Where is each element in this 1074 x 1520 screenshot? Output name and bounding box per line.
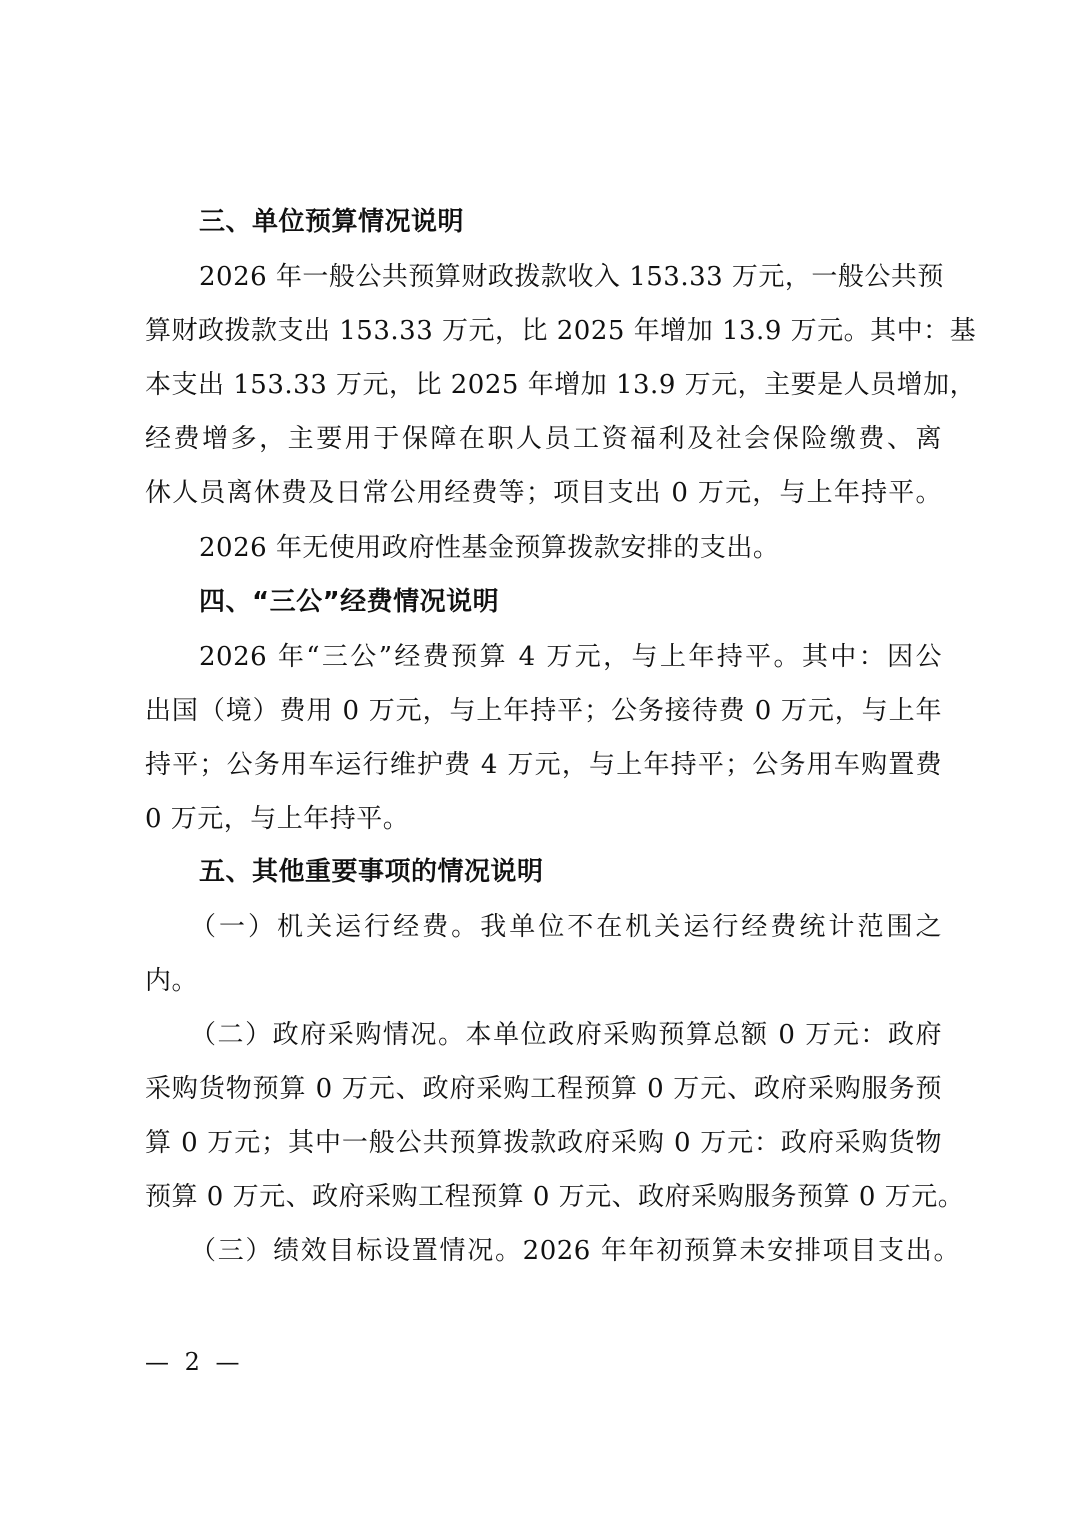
section-heading-other-matters: 五、其他重要事项的情况说明 (199, 856, 544, 888)
paragraph-line: 采购货物预算 0 万元、政府采购工程预算 0 万元、政府采购服务预 (145, 1073, 942, 1105)
paragraph-line: 0 万元，与上年持平。 (145, 803, 409, 835)
paragraph-line: （三）绩效目标设置情况。2026 年年初预算未安排项目支出。 (190, 1235, 960, 1267)
paragraph-line: 预算 0 万元、政府采购工程预算 0 万元、政府采购服务预算 0 万元。 (145, 1181, 960, 1213)
paragraph-line: 出国（境）费用 0 万元，与上年持平；公务接待费 0 万元，与上年 (145, 695, 942, 727)
paragraph-line: 2026 年无使用政府性基金预算拨款安排的支出。 (199, 532, 779, 564)
paragraph-line: 持平；公务用车运行维护费 4 万元，与上年持平；公务用车购置费 (145, 749, 942, 781)
page-number: — 2 — (145, 1348, 244, 1376)
paragraph-line: 经费增多，主要用于保障在职人员工资福利及社会保险缴费、离 (145, 423, 942, 455)
section-heading-three-public-expenses: 四、“三公”经费情况说明 (199, 586, 499, 618)
paragraph-line: 内。 (145, 965, 198, 997)
paragraph-line: 算 0 万元；其中一般公共预算拨款政府采购 0 万元：政府采购货物 (145, 1127, 942, 1159)
section-heading-unit-budget: 三、单位预算情况说明 (199, 206, 464, 238)
paragraph-line: （二）政府采购情况。本单位政府采购预算总额 0 万元：政府 (190, 1019, 942, 1051)
paragraph-line: 本支出 153.33 万元，比 2025 年增加 13.9 万元，主要是人员增加… (145, 369, 942, 401)
paragraph-line: 算财政拨款支出 153.33 万元，比 2025 年增加 13.9 万元。其中：… (145, 315, 942, 347)
paragraph-line: 休人员离休费及日常公用经费等；项目支出 0 万元，与上年持平。 (145, 477, 942, 509)
paragraph-line: 2026 年一般公共预算财政拨款收入 153.33 万元，一般公共预 (199, 261, 942, 293)
paragraph-line: 2026 年“三公”经费预算 4 万元，与上年持平。其中：因公 (199, 641, 942, 673)
paragraph-line: （一）机关运行经费。我单位不在机关运行经费统计范围之 (190, 911, 942, 943)
